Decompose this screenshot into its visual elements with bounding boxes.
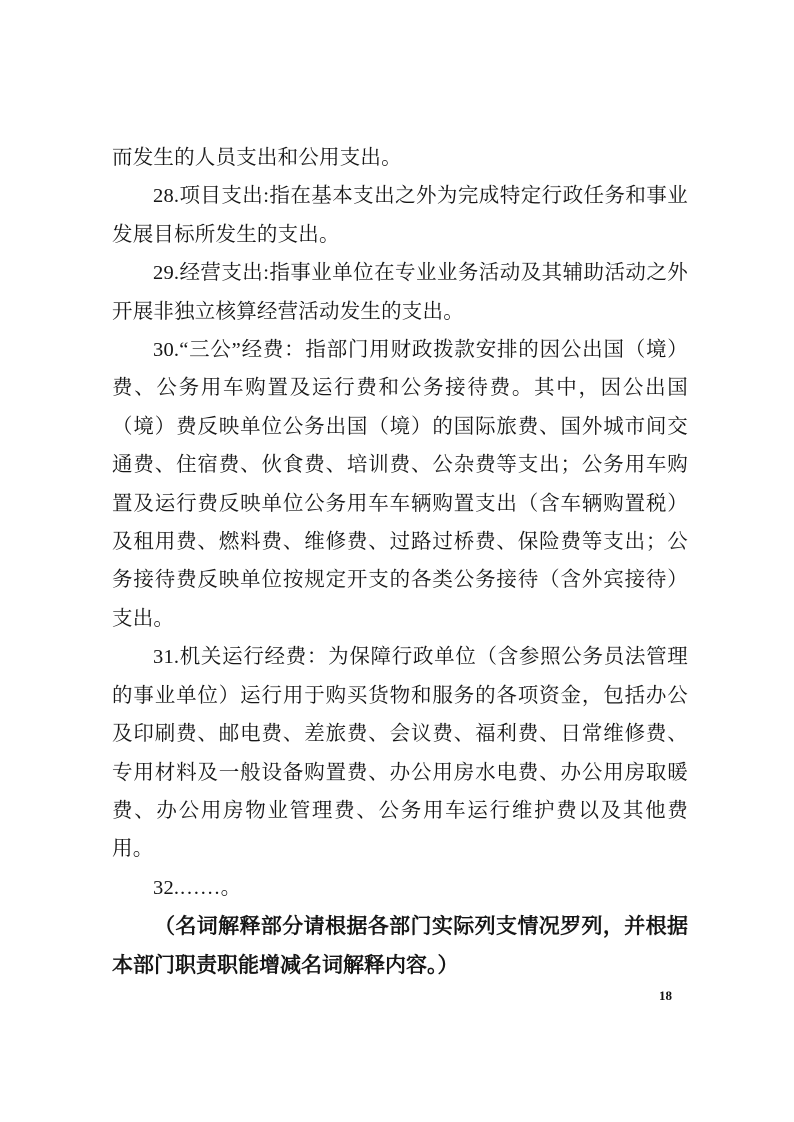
paragraph-item-29: 29.经营支出:指事业单位在专业业务活动及其辅助活动之外开展非独立核算经营活动发… — [112, 254, 688, 331]
paragraph-continuation: 而发生的人员支出和公用支出。 — [112, 139, 688, 177]
paragraph-item-30: 30.“三公”经费：指部门用财政拨款安排的因公出国（境）费、公务用车购置及运行费… — [112, 331, 688, 638]
page-number: 18 — [659, 988, 672, 1004]
body-text-block: 而发生的人员支出和公用支出。 28.项目支出:指在基本支出之外为完成特定行政任务… — [112, 139, 688, 984]
paragraph-item-28: 28.项目支出:指在基本支出之外为完成特定行政任务和事业发展目标所发生的支出。 — [112, 177, 688, 254]
paragraph-item-32: 32.……。 — [112, 869, 688, 907]
paragraph-item-31: 31.机关运行经费：为保障行政单位（含参照公务员法管理的事业单位）运行用于购买货… — [112, 638, 688, 868]
paragraph-editor-note: （名词解释部分请根据各部门实际列支情况罗列，并根据本部门职责职能增减名词解释内容… — [112, 907, 688, 984]
document-page: 而发生的人员支出和公用支出。 28.项目支出:指在基本支出之外为完成特定行政任务… — [0, 0, 794, 1122]
